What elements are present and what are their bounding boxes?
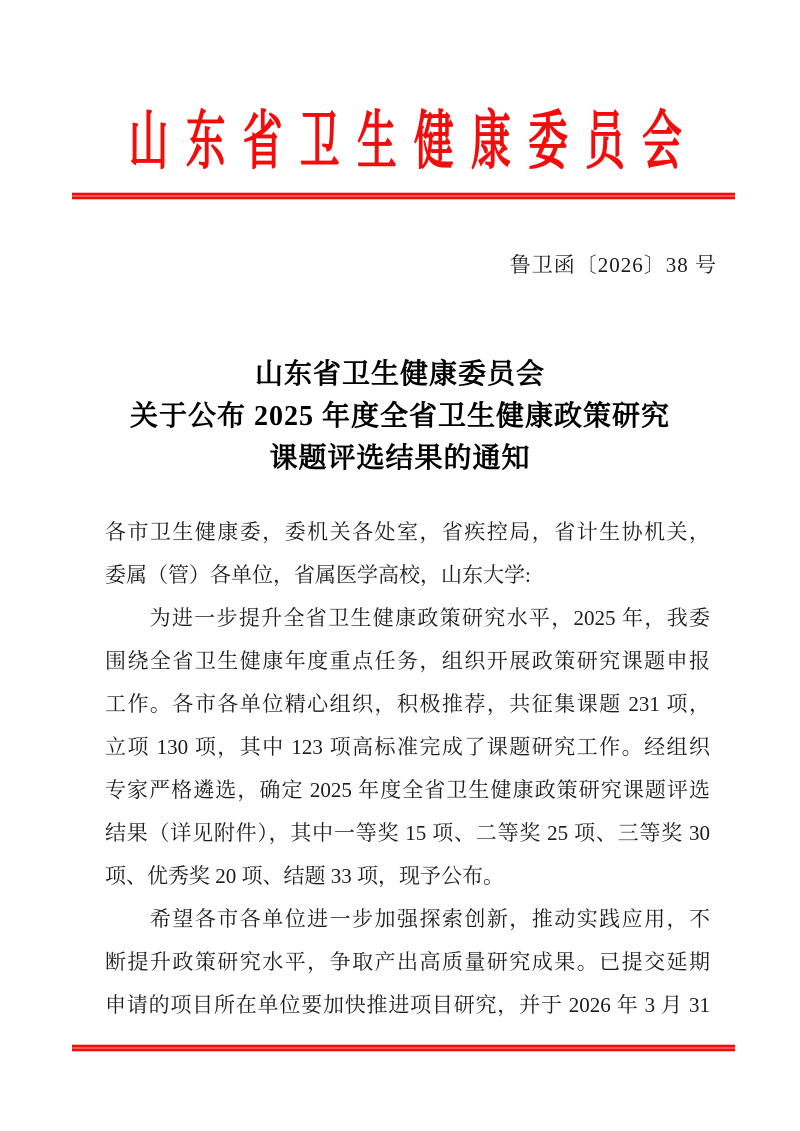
body-line: 申请的项目所在单位要加快推进项目研究，并于 2026 年 3 月 31	[105, 984, 710, 1027]
body-line: 希望各市各单位进一步加强探索创新，推动实践应用，不	[105, 898, 710, 941]
body-line: 围绕全省卫生健康年度重点任务，组织开展政策研究课题申报	[105, 640, 710, 683]
body-line: 断提升政策研究水平，争取产出高质量研究成果。已提交延期	[105, 941, 710, 984]
body-line: 结果（详见附件），其中一等奖 15 项、二等奖 25 项、三等奖 30	[105, 812, 710, 855]
letterhead: 山东省卫生健康委员会	[0, 110, 800, 174]
body-line: 为进一步提升全省卫生健康政策研究水平，2025 年，我委	[105, 597, 710, 640]
body-line: 专家严格遴选，确定 2025 年度全省卫生健康政策研究课题评选	[105, 769, 710, 812]
body-line: 各市卫生健康委，委机关各处室，省疾控局，省计生协机关，	[105, 511, 710, 554]
letterhead-rule	[72, 192, 735, 200]
title-line: 课题评选结果的通知	[0, 438, 800, 480]
body-line: 立项 130 项，其中 123 项高标准完成了课题研究工作。经组织	[105, 726, 710, 769]
agency-name: 山东省卫生健康委员会	[129, 110, 699, 174]
document-body: 各市卫生健康委，委机关各处室，省疾控局，省计生协机关， 委属（管）各单位，省属医…	[105, 511, 710, 1027]
official-document-page: 山东省卫生健康委员会 鲁卫函〔2026〕38 号 山东省卫生健康委员会 关于公布…	[0, 0, 800, 1131]
body-line: 项、优秀奖 20 项、结题 33 项，现予公布。	[105, 855, 710, 898]
body-line: 委属（管）各单位，省属医学高校，山东大学:	[105, 554, 710, 597]
doc-number: 鲁卫函〔2026〕38 号	[510, 252, 717, 278]
title-line: 关于公布 2025 年度全省卫生健康政策研究	[0, 396, 800, 438]
title-line: 山东省卫生健康委员会	[0, 354, 800, 396]
footer-rule	[72, 1044, 735, 1052]
body-line: 工作。各市各单位精心组织，积极推荐，共征集课题 231 项，	[105, 683, 710, 726]
document-title: 山东省卫生健康委员会 关于公布 2025 年度全省卫生健康政策研究 课题评选结果…	[0, 354, 800, 480]
